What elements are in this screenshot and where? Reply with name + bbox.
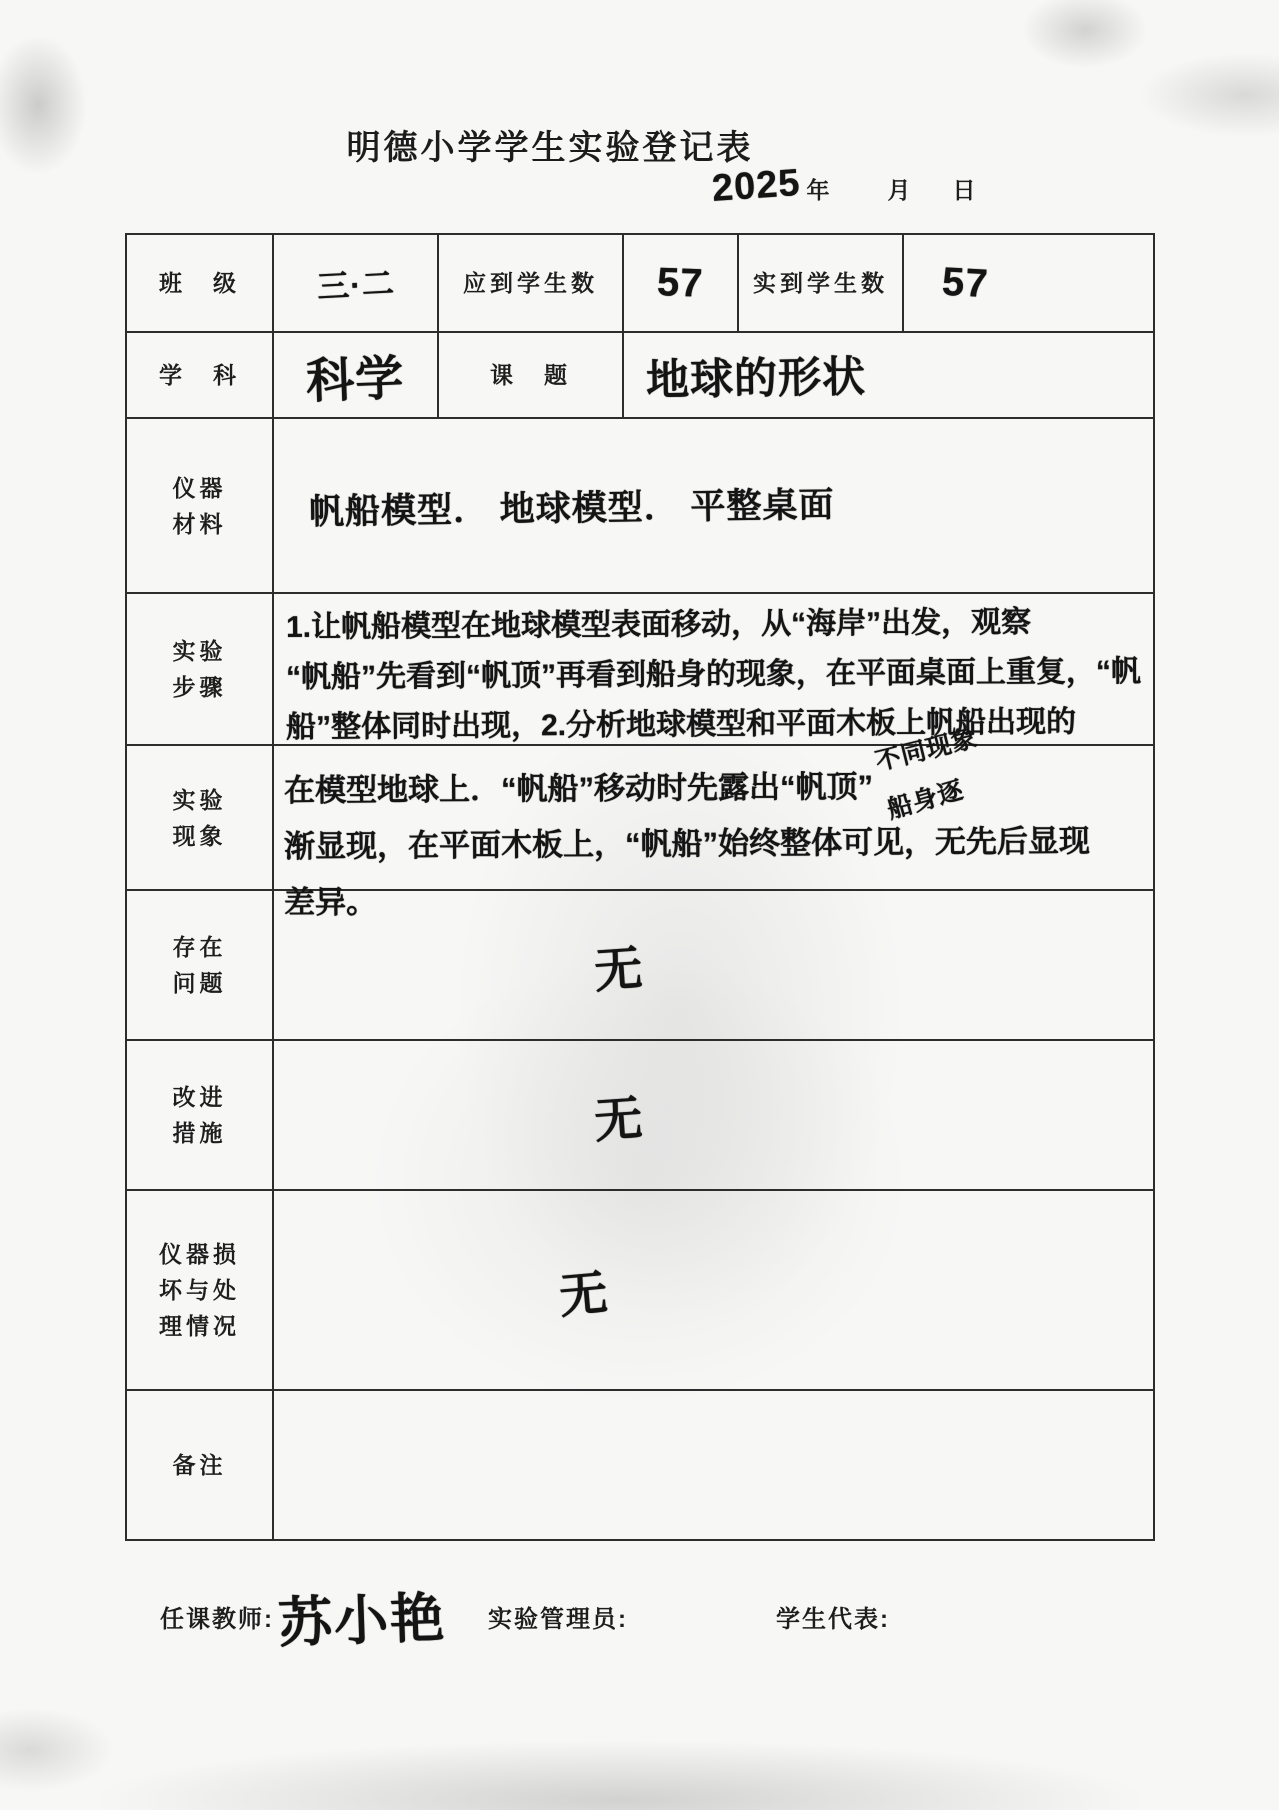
form-title: 明德小学学生实验登记表 [0, 120, 1100, 169]
class-value-cell: 三·二 [272, 235, 437, 331]
actual-count-handwritten: 57 [941, 259, 990, 306]
date-day-label: 日 [953, 172, 976, 208]
scanned-form-page: 明德小学学生实验登记表 2025 年 月 日 班 级 三·二 应到学生数 57 … [0, 0, 1279, 1810]
subject-handwritten: 科学 [305, 339, 405, 411]
expected-count-label: 应到学生数 [463, 265, 598, 301]
improvements-label: 改进 措施 [173, 1079, 227, 1151]
actual-count-label: 实到学生数 [753, 265, 888, 301]
table-row-damage: 仪器损 坏与处 理情况 无 [127, 1189, 1153, 1389]
class-value-handwritten: 三·二 [316, 258, 396, 308]
steps-label: 实验 步骤 [173, 633, 227, 705]
topic-handwritten: 地球的形状 [645, 343, 866, 408]
table-row-class: 班 级 三·二 应到学生数 57 实到学生数 57 [127, 235, 1153, 331]
table-row-materials: 仪器 材料 帆船模型． 地球模型． 平整桌面 [127, 417, 1153, 592]
teacher-signature-handwritten: 苏小艳 [277, 1575, 448, 1658]
phenomenon-label: 实验 现象 [173, 782, 227, 854]
student-representative-label: 学生代表: [776, 1599, 890, 1634]
date-line: 2025 年 月 日 [712, 165, 976, 208]
improvements-label-cell: 改进 措施 [127, 1041, 272, 1189]
expected-count-handwritten: 57 [656, 260, 704, 307]
damage-handwritten: 无 [556, 1253, 611, 1326]
problems-label: 存在 问题 [173, 929, 227, 1001]
expected-count-value-cell: 57 [622, 235, 737, 331]
actual-count-value-cell: 57 [902, 235, 1153, 331]
phenomenon-handwritten-line2: 渐显现，在平面木板上，“帆船”始终整体可见，无先后显现 [284, 813, 1153, 875]
remarks-label-cell: 备注 [127, 1391, 272, 1539]
improvements-value-cell: 无 [272, 1041, 1153, 1189]
problems-label-cell: 存在 问题 [127, 891, 272, 1039]
topic-label-cell: 课 题 [437, 333, 622, 417]
phenomenon-label-cell: 实验 现象 [127, 746, 272, 889]
class-label-cell: 班 级 [127, 235, 272, 331]
topic-value-cell: 地球的形状 [622, 333, 1153, 417]
damage-label-cell: 仪器损 坏与处 理情况 [127, 1191, 272, 1389]
subject-value-cell: 科学 [272, 333, 437, 417]
phenomenon-handwritten-line1: 在模型地球上．“帆船”移动时先露出“帆顶” [284, 757, 1153, 819]
teacher-label: 任课教师: [160, 1599, 274, 1634]
class-label: 班 级 [159, 265, 240, 301]
materials-value-cell: 帆船模型． 地球模型． 平整桌面 [272, 419, 1153, 592]
expected-count-label-cell: 应到学生数 [437, 235, 622, 331]
damage-label: 仪器损 坏与处 理情况 [159, 1236, 240, 1344]
damage-value-cell: 无 [272, 1191, 1153, 1389]
registration-table: 班 级 三·二 应到学生数 57 实到学生数 57 学 科 科学 课 题 地球的… [125, 233, 1155, 1541]
date-year-label: 年 [807, 172, 830, 208]
improvements-handwritten: 无 [592, 1079, 646, 1151]
problems-handwritten: 无 [592, 929, 646, 1001]
subject-label: 学 科 [159, 357, 240, 393]
remarks-value-cell [272, 1391, 1153, 1539]
steps-label-cell: 实验 步骤 [127, 594, 272, 744]
actual-count-label-cell: 实到学生数 [737, 235, 902, 331]
signature-line: 任课教师: 苏小艳 实验管理员: 学生代表: [160, 1578, 1190, 1655]
topic-label: 课 题 [490, 357, 571, 393]
materials-label: 仪器 材料 [173, 470, 227, 542]
steps-handwritten-line3: 船”整体同时出现，2.分析地球模型和平面木板上帆船出现的 [286, 697, 1153, 753]
date-year-handwritten: 2025 [711, 162, 802, 211]
date-month-label: 月 [888, 172, 911, 208]
lab-manager-label: 实验管理员: [488, 1599, 628, 1634]
steps-handwritten-line2: “帆船”先看到“帆顶”再看到船身的现象，在平面桌面上重复，“帆 [286, 647, 1153, 703]
subject-label-cell: 学 科 [127, 333, 272, 417]
table-row-phenomenon: 实验 现象 不同现象 船身逐 在模型地球上．“帆船”移动时先露出“帆顶” 渐显现… [127, 744, 1153, 889]
phenomenon-handwritten-line3: 差异。 [284, 869, 1153, 931]
table-row-steps: 实验 步骤 1.让帆船模型在地球模型表面移动，从“海岸”出发，观察 “帆船”先看… [127, 592, 1153, 744]
remarks-label: 备注 [173, 1447, 227, 1483]
phenomenon-value-cell: 不同现象 船身逐 在模型地球上．“帆船”移动时先露出“帆顶” 渐显现，在平面木板… [272, 746, 1153, 889]
table-row-improvements: 改进 措施 无 [127, 1039, 1153, 1189]
materials-handwritten: 帆船模型． 地球模型． 平整桌面 [309, 477, 835, 534]
table-row-remarks: 备注 [127, 1389, 1153, 1539]
materials-label-cell: 仪器 材料 [127, 419, 272, 592]
steps-handwritten-line1: 1.让帆船模型在地球模型表面移动，从“海岸”出发，观察 [286, 597, 1153, 653]
table-row-subject: 学 科 科学 课 题 地球的形状 [127, 331, 1153, 417]
steps-value-cell: 1.让帆船模型在地球模型表面移动，从“海岸”出发，观察 “帆船”先看到“帆顶”再… [272, 594, 1153, 744]
